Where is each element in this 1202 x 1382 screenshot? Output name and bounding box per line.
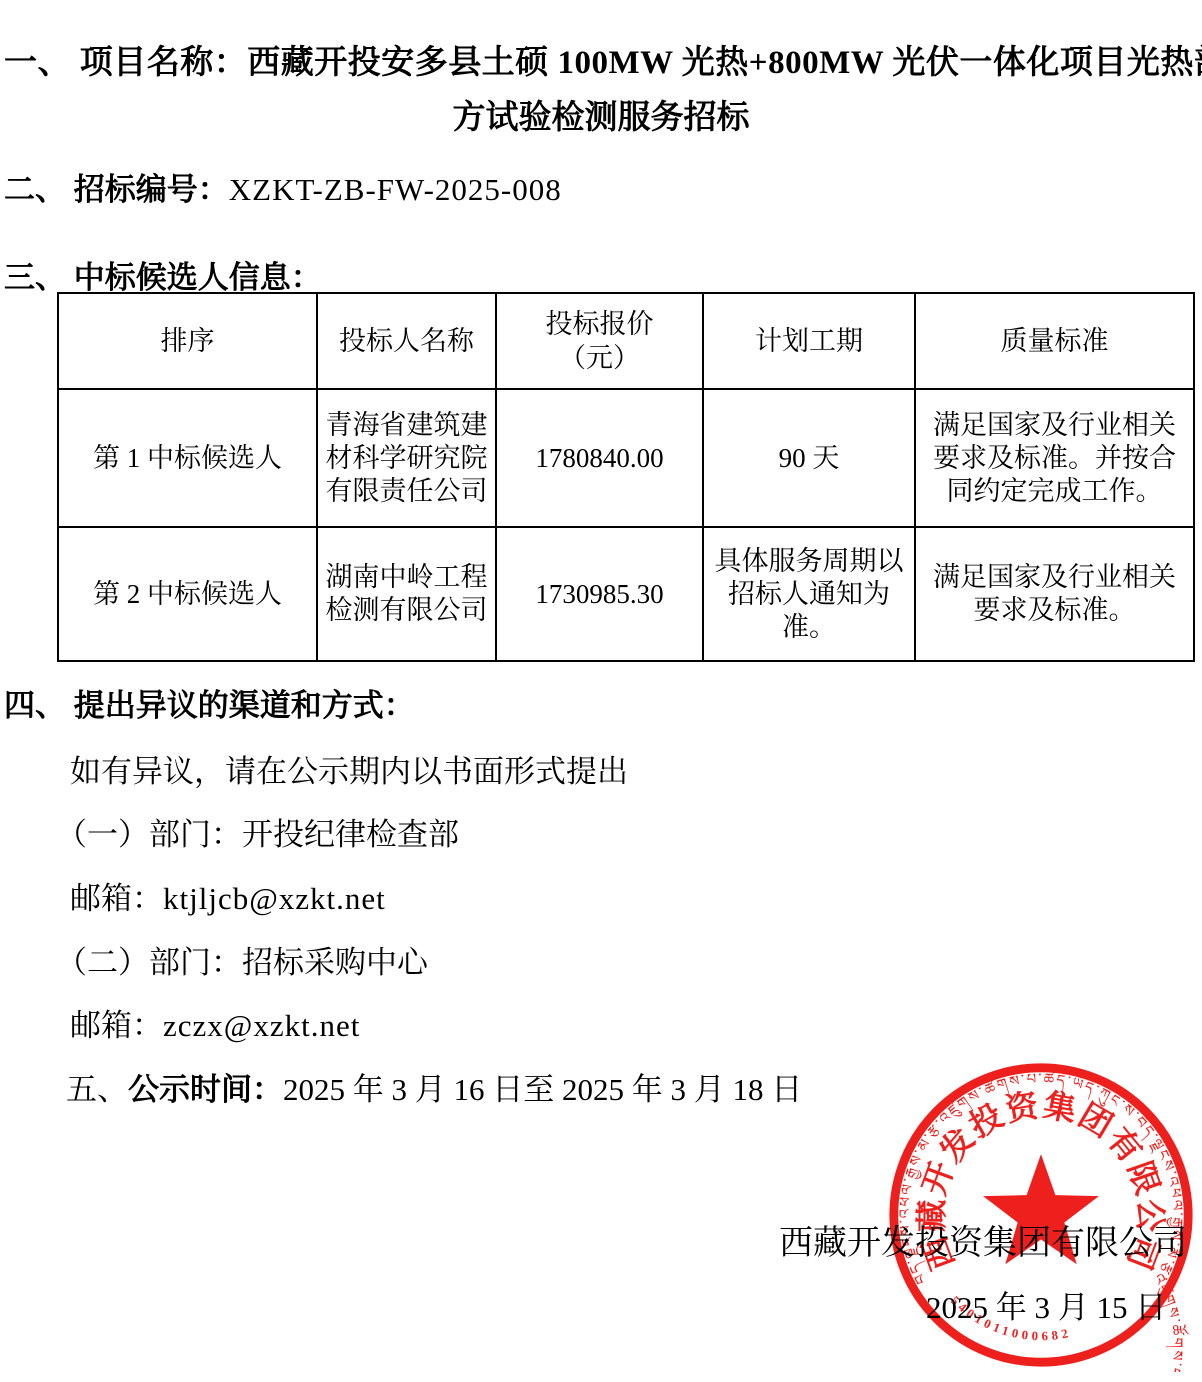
- candidates-table: 排序 投标人名称 投标报价 （元） 计划工期 质量标准 第 1 中标候选人 青海…: [57, 292, 1195, 662]
- doc-title-line1: 一、 项目名称：西藏开投安多县土硕 100MW 光热+800MW 光伏一体化项目…: [4, 36, 1202, 83]
- header-quality: 质量标准: [915, 293, 1194, 389]
- publicity-prefix: 五、: [66, 1072, 128, 1107]
- objection-email-1: 邮箱：ktjljcb@xzkt.net: [70, 873, 386, 918]
- section-objection-heading: 四、 提出异议的渠道和方式：: [4, 680, 415, 725]
- signature-date: 2025 年 3 月 15 日: [926, 1282, 1166, 1327]
- bid-number-value: XZKT-ZB-FW-2025-008: [229, 172, 562, 207]
- header-duration: 计划工期: [703, 293, 915, 389]
- cell-bidder: 湖南中岭工程检测有限公司: [317, 527, 496, 661]
- email-address: zczx@xzkt.net: [163, 1008, 360, 1043]
- signature-company: 西藏开发投资集团有限公司: [779, 1215, 1187, 1264]
- section-candidates-heading: 三、 中标候选人信息：: [4, 252, 322, 297]
- bid-number-label: 二、 招标编号：: [4, 172, 229, 207]
- email-label: 邮箱：: [70, 1008, 163, 1043]
- cell-price: 1730985.30: [496, 527, 703, 661]
- email-label: 邮箱：: [70, 881, 163, 916]
- publicity-value: 2025 年 3 月 16 日至 2025 年 3 月 18 日: [283, 1072, 802, 1107]
- table-row: 第 2 中标候选人 湖南中岭工程检测有限公司 1730985.30 具体服务周期…: [58, 527, 1194, 661]
- header-bidder: 投标人名称: [317, 293, 496, 389]
- table-header-row: 排序 投标人名称 投标报价 （元） 计划工期 质量标准: [58, 293, 1194, 389]
- section-publicity-period: 五、公示时间：2025 年 3 月 16 日至 2025 年 3 月 18 日: [66, 1064, 802, 1109]
- cell-rank: 第 2 中标候选人: [58, 527, 317, 661]
- doc-title-line2: 方试验检测服务招标: [0, 91, 1202, 138]
- header-rank: 排序: [58, 293, 317, 389]
- table-row: 第 1 中标候选人 青海省建筑建材科学研究院有限责任公司 1780840.00 …: [58, 389, 1194, 527]
- section-bid-number: 二、 招标编号：XZKT-ZB-FW-2025-008: [4, 164, 562, 209]
- objection-email-2: 邮箱：zczx@xzkt.net: [70, 1000, 360, 1045]
- cell-quality: 满足国家及行业相关要求及标准。: [915, 527, 1194, 661]
- objection-intro: 如有异议，请在公示期内以书面形式提出: [70, 746, 628, 791]
- publicity-label: 公示时间：: [128, 1072, 283, 1107]
- objection-dept-1: （一）部门：开投纪律检查部: [56, 809, 459, 854]
- cell-duration: 具体服务周期以招标人通知为准。: [703, 527, 915, 661]
- cell-duration: 90 天: [703, 389, 915, 527]
- header-price: 投标报价 （元）: [496, 293, 703, 389]
- objection-dept-2: （二）部门：招标采购中心: [56, 937, 428, 982]
- cell-bidder: 青海省建筑建材科学研究院有限责任公司: [317, 389, 496, 527]
- cell-price: 1780840.00: [496, 389, 703, 527]
- email-address: ktjljcb@xzkt.net: [163, 881, 386, 916]
- cell-rank: 第 1 中标候选人: [58, 389, 317, 527]
- cell-quality: 满足国家及行业相关要求及标准。并按合同约定完成工作。: [915, 389, 1194, 527]
